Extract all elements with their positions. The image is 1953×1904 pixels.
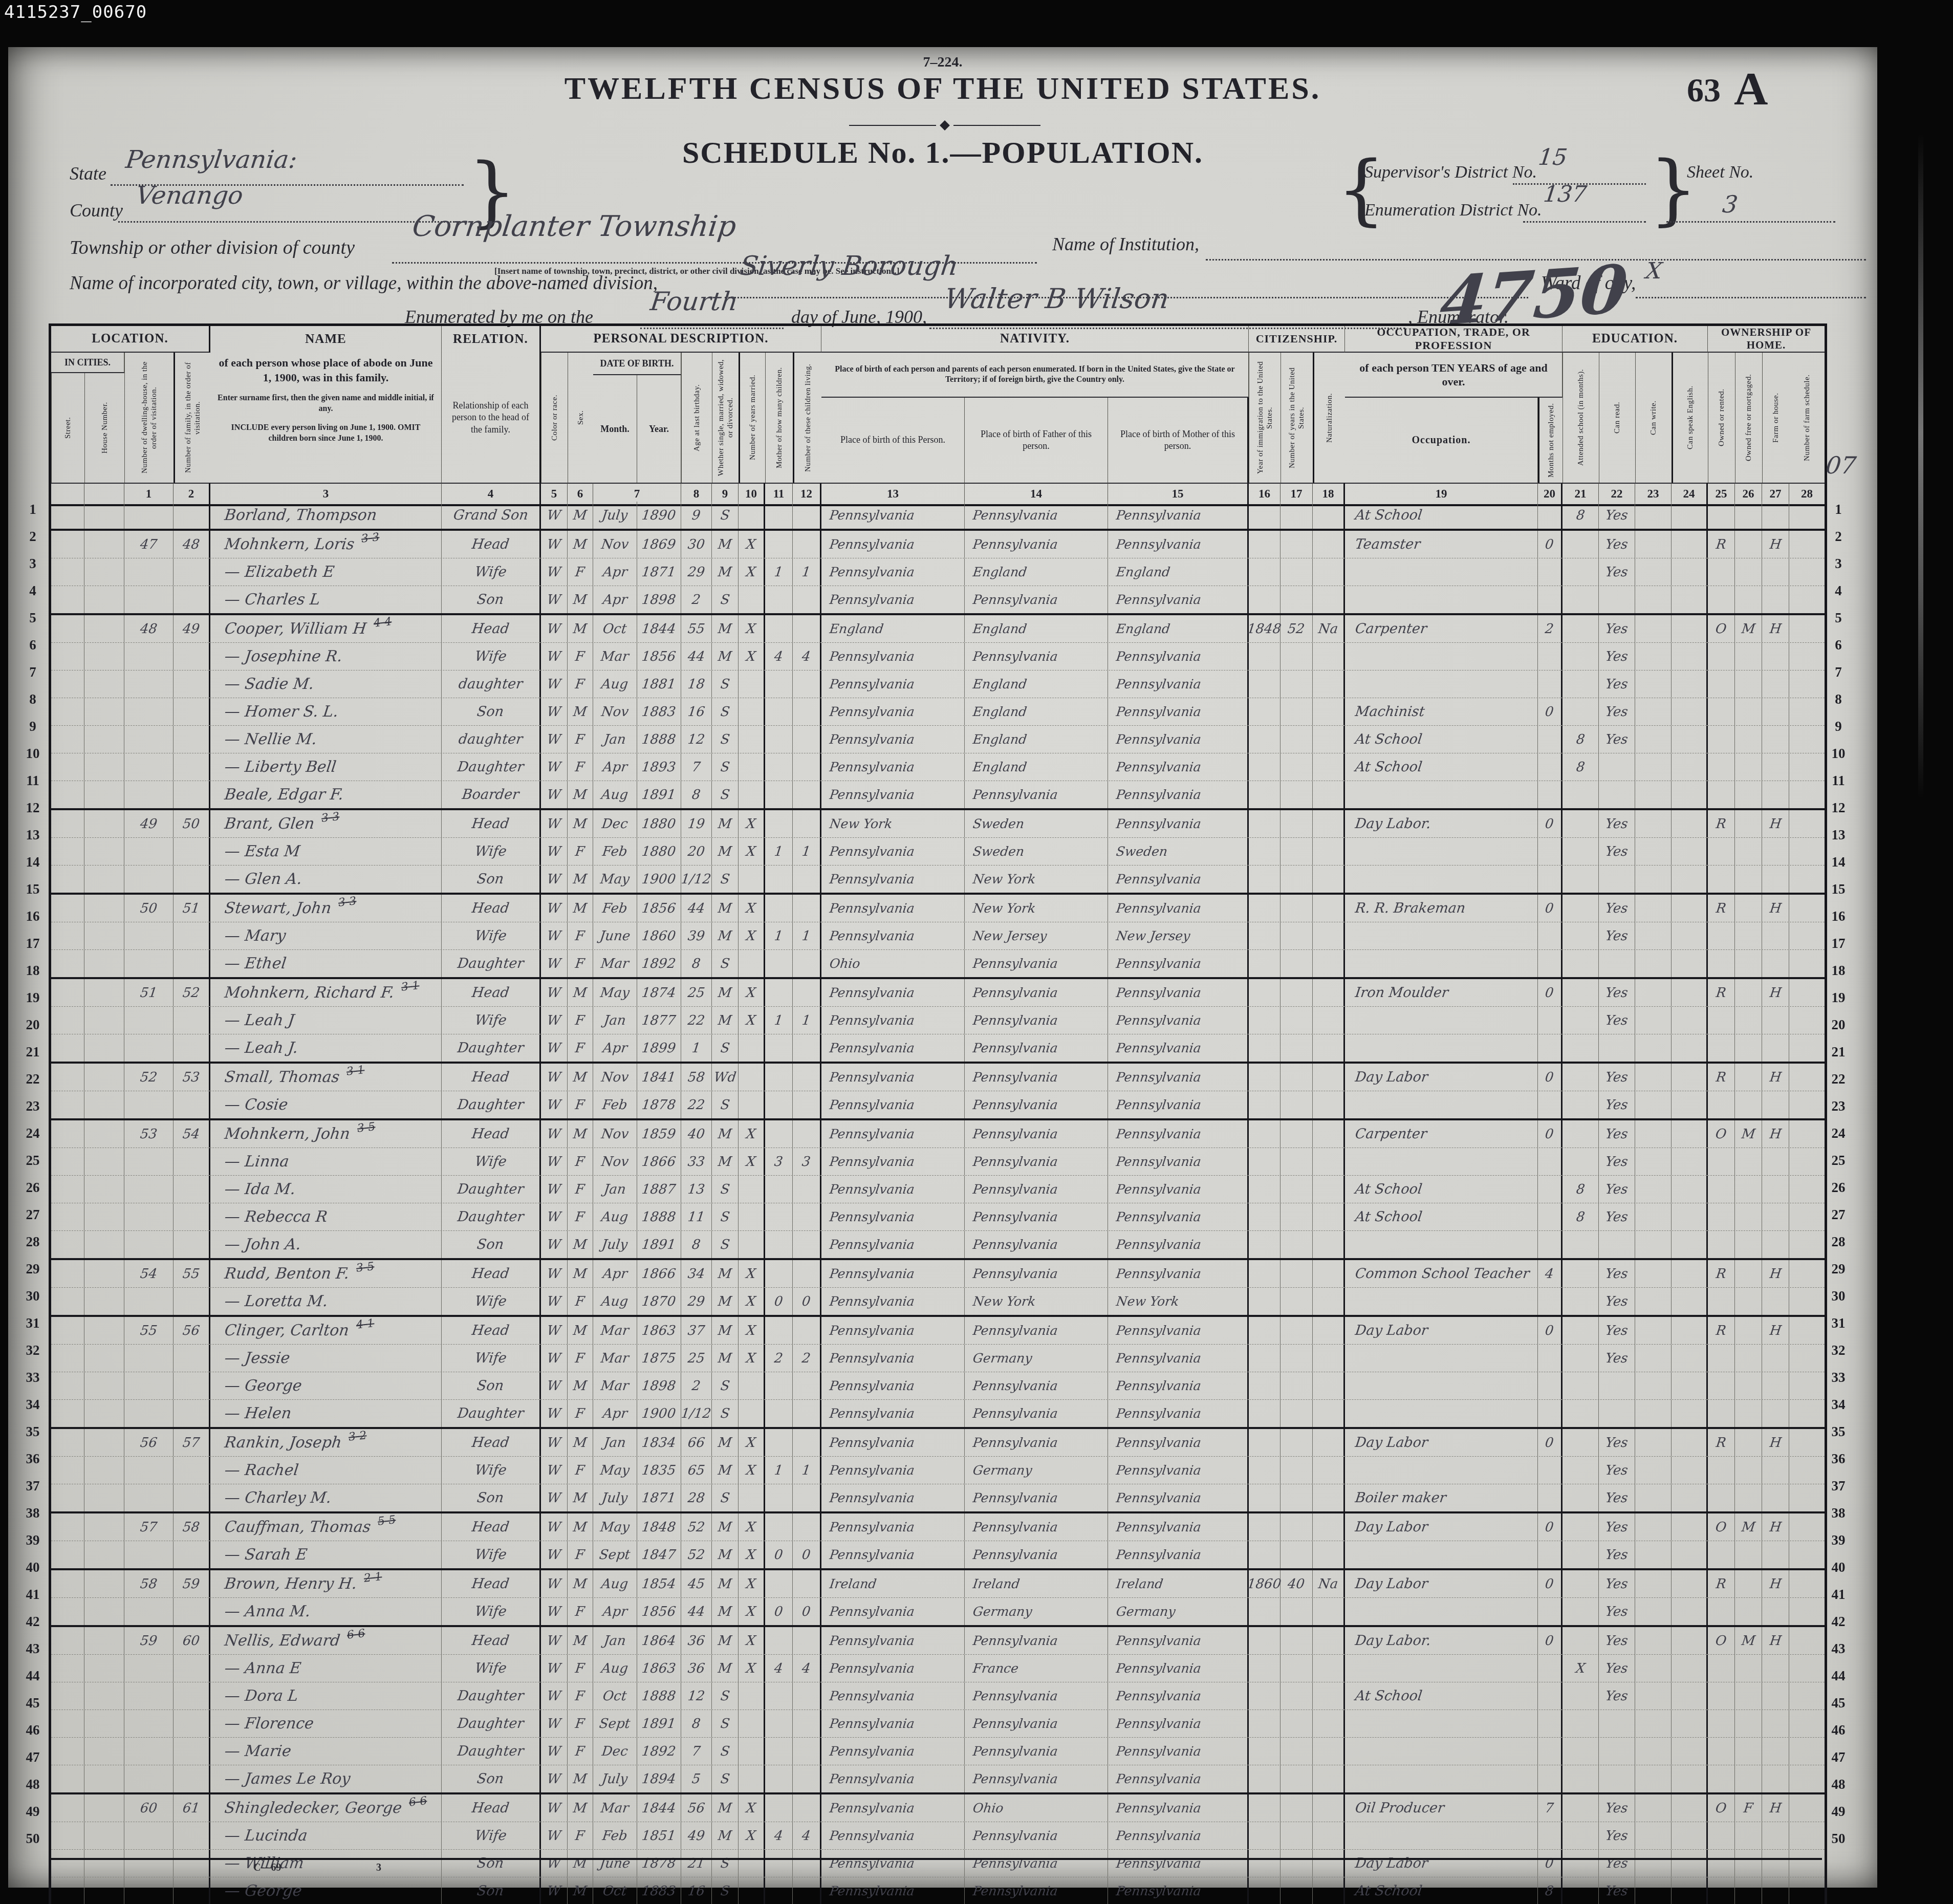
cell-can-write xyxy=(1635,1877,1672,1904)
cell-relation: Head xyxy=(442,1429,541,1456)
cell-birth-year: 1890 xyxy=(637,502,681,529)
cell-occupation: Day Labor xyxy=(1345,1317,1538,1344)
cell-sex: F xyxy=(568,1034,593,1062)
col21-label: Attended school (in months). xyxy=(1563,353,1599,483)
person-name: — Anna E xyxy=(224,1659,302,1677)
cell-free-mortgaged xyxy=(1735,1570,1762,1597)
cell-sex: M xyxy=(568,781,593,808)
cell-years-married: X xyxy=(739,838,765,865)
cell-years-in-us xyxy=(1281,1231,1313,1258)
cell-age: 55 xyxy=(681,615,712,642)
cell-years-in-us xyxy=(1281,1457,1313,1484)
cell-occupation xyxy=(1345,1457,1538,1484)
cell-age: 8 xyxy=(681,950,712,977)
cell-children-living xyxy=(793,1064,821,1091)
cell-pob-father: England xyxy=(965,558,1108,586)
cell-farm-schedule xyxy=(1789,1513,1825,1541)
cell-can-speak xyxy=(1672,753,1708,781)
cell-color: W xyxy=(541,979,568,1006)
cell-can-read: Yes xyxy=(1599,1176,1635,1203)
cell-free-mortgaged xyxy=(1735,670,1762,698)
cell-free-mortgaged xyxy=(1735,558,1762,586)
cell-sex: M xyxy=(568,866,593,893)
title-divider xyxy=(832,122,1057,129)
column-number: 14 xyxy=(965,483,1108,504)
cell-pob-mother: Pennsylvania xyxy=(1108,1372,1249,1399)
cell-free-mortgaged xyxy=(1735,810,1762,837)
cell-school-months xyxy=(1563,922,1599,949)
cell-school-months xyxy=(1563,1877,1599,1904)
cell-family: 54 xyxy=(173,1120,210,1148)
cell-birth-year: 1860 xyxy=(637,922,681,949)
cell-naturalization xyxy=(1313,586,1345,613)
cell-can-speak xyxy=(1672,979,1708,1006)
cell-birth-year: 1854 xyxy=(637,1570,681,1597)
cell-farm-house xyxy=(1762,726,1789,753)
cell-age: 29 xyxy=(681,558,712,586)
cell-name: — John A. xyxy=(210,1231,442,1258)
cell-pob-father: England xyxy=(965,726,1108,753)
township-label: Township or other division of county xyxy=(70,236,355,259)
cell-street xyxy=(51,531,84,558)
cell-age: 1 xyxy=(681,1034,712,1062)
cell-farm-schedule xyxy=(1789,586,1825,613)
person-name: — Liberty Bell xyxy=(224,758,337,776)
cell-years-married xyxy=(739,1710,765,1737)
cell-can-write xyxy=(1635,698,1672,725)
cell-immigration-year xyxy=(1249,1034,1281,1062)
cell-naturalization xyxy=(1313,1120,1345,1148)
cell-immigration-year xyxy=(1249,1627,1281,1654)
cell-birth-year: 1875 xyxy=(637,1345,681,1372)
cell-street xyxy=(51,1877,84,1904)
cell-mother-of xyxy=(765,1091,793,1118)
cell-can-speak xyxy=(1672,1513,1708,1541)
cell-occupation xyxy=(1345,1765,1538,1792)
cell-farm-house xyxy=(1762,922,1789,949)
cell-pob-mother: Pennsylvania xyxy=(1108,586,1249,613)
cell-birth-month: July xyxy=(593,502,637,529)
cell-farm-house xyxy=(1762,1655,1789,1682)
row-number: 31 xyxy=(20,1315,45,1343)
cell-name: — Charley M. xyxy=(210,1484,442,1511)
cell-children-living xyxy=(793,670,821,698)
person-name: — George xyxy=(224,1882,303,1900)
cell-children-living xyxy=(793,1176,821,1203)
cell-free-mortgaged: M xyxy=(1735,1627,1762,1654)
cell-children-living: 1 xyxy=(793,1457,821,1484)
cell-months-unemployed: 0 xyxy=(1538,810,1563,837)
bottom-form-code-2: 3 xyxy=(376,1862,381,1874)
cell-pob: Pennsylvania xyxy=(821,1231,965,1258)
cell-children-living xyxy=(793,1627,821,1654)
cell-relation: Head xyxy=(442,531,541,558)
cell-marital: M xyxy=(712,1120,739,1148)
cell-sex: F xyxy=(568,643,593,670)
cell-street xyxy=(51,698,84,725)
row-number: 17 xyxy=(1826,936,1851,963)
person-name: Shingledecker, George xyxy=(224,1799,403,1817)
cell-street xyxy=(51,866,84,893)
row-number: 26 xyxy=(1826,1180,1851,1207)
cell-dwelling xyxy=(124,950,173,977)
cell-farm-house: H xyxy=(1762,1260,1789,1287)
cell-naturalization xyxy=(1313,531,1345,558)
name-annotation: 4-4 xyxy=(373,615,393,630)
table-row: — Anna M.WifeWFApr185644MX00Pennsylvania… xyxy=(51,1597,1825,1625)
cell-house xyxy=(84,1710,124,1737)
cell-farm-house: H xyxy=(1762,1120,1789,1148)
cell-name: — Leah J xyxy=(210,1007,442,1034)
cell-sex: M xyxy=(568,1513,593,1541)
cell-years-in-us xyxy=(1281,1400,1313,1427)
cell-birth-year: 1834 xyxy=(637,1429,681,1456)
cell-age: 52 xyxy=(681,1541,712,1568)
cell-sex: M xyxy=(568,1877,593,1904)
cell-birth-year: 1891 xyxy=(637,1710,681,1737)
cell-house xyxy=(84,1317,124,1344)
cell-marital: S xyxy=(712,1682,739,1710)
cell-can-read xyxy=(1599,586,1635,613)
cell-name: — Elizabeth E xyxy=(210,558,442,586)
col18-label: Naturalization. xyxy=(1313,353,1345,483)
cell-can-speak xyxy=(1672,1822,1708,1849)
person-name: — Loretta M. xyxy=(224,1292,329,1310)
cell-can-speak xyxy=(1672,1738,1708,1765)
cell-pob: Pennsylvania xyxy=(821,781,965,808)
cell-free-mortgaged xyxy=(1735,1064,1762,1091)
column-number: 21 xyxy=(1563,483,1599,504)
column-number: 20 xyxy=(1538,483,1563,504)
cell-can-speak xyxy=(1672,643,1708,670)
cell-naturalization xyxy=(1313,1007,1345,1034)
cell-immigration-year xyxy=(1249,950,1281,977)
cell-dwelling: 50 xyxy=(124,895,173,922)
cell-family xyxy=(173,1484,210,1511)
cell-birth-year: 1844 xyxy=(637,1794,681,1822)
table-row: — Ida M.DaughterWFJan188713SPennsylvania… xyxy=(51,1175,1825,1203)
name-annotation: 6-6 xyxy=(408,1794,428,1809)
cell-age: 9 xyxy=(681,502,712,529)
cell-pob-father: Pennsylvania xyxy=(965,1738,1108,1765)
city-value: Siverly Borough xyxy=(738,251,960,282)
cell-farm-schedule xyxy=(1789,698,1825,725)
row-number: 9 xyxy=(1826,719,1851,746)
cell-immigration-year xyxy=(1249,922,1281,949)
cell-birth-month: May xyxy=(593,1513,637,1541)
cell-color: W xyxy=(541,838,568,865)
row-number: 6 xyxy=(20,637,45,664)
cell-months-unemployed: 0 xyxy=(1538,895,1563,922)
cell-marital: S xyxy=(712,866,739,893)
cell-name: — Sadie M. xyxy=(210,670,442,698)
row-number: 27 xyxy=(1826,1207,1851,1234)
cell-pob-mother: Pennsylvania xyxy=(1108,726,1249,753)
cell-family xyxy=(173,1007,210,1034)
cell-occupation xyxy=(1345,950,1538,977)
cell-birth-year: 1856 xyxy=(637,895,681,922)
cell-family xyxy=(173,1345,210,1372)
row-number: 29 xyxy=(20,1261,45,1288)
cell-free-mortgaged xyxy=(1735,726,1762,753)
cell-naturalization xyxy=(1313,1877,1345,1904)
cell-family xyxy=(173,1203,210,1230)
cell-occupation: Day Labor xyxy=(1345,1429,1538,1456)
cell-color: W xyxy=(541,586,568,613)
cell-birth-year: 1892 xyxy=(637,1738,681,1765)
in-cities-label: IN CITIES. xyxy=(51,353,124,373)
cell-marital: M xyxy=(712,1794,739,1822)
cell-pob-father: Pennsylvania xyxy=(965,950,1108,977)
cell-farm-house xyxy=(1762,838,1789,865)
cell-pob-mother: Pennsylvania xyxy=(1108,502,1249,529)
row-number: 31 xyxy=(1826,1315,1851,1343)
cell-street xyxy=(51,979,84,1006)
cell-birth-year: 1856 xyxy=(637,1598,681,1625)
cell-can-write xyxy=(1635,502,1672,529)
cell-house xyxy=(84,1457,124,1484)
stamp-page-number: 63 xyxy=(1687,71,1721,110)
cell-marital: M xyxy=(712,895,739,922)
cell-pob-mother: Pennsylvania xyxy=(1108,1034,1249,1062)
relation-desc: Relationship of each person to the head … xyxy=(442,353,541,483)
cell-age: 52 xyxy=(681,1513,712,1541)
row-number: 19 xyxy=(1826,990,1851,1017)
cell-years-married xyxy=(739,670,765,698)
cell-immigration-year xyxy=(1249,1231,1281,1258)
row-number: 35 xyxy=(20,1424,45,1451)
cell-sex: F xyxy=(568,1655,593,1682)
cell-dwelling xyxy=(124,1176,173,1203)
row-number: 44 xyxy=(20,1668,45,1695)
cell-owned-rented: O xyxy=(1708,1627,1735,1654)
cell-street xyxy=(51,1627,84,1654)
cell-street xyxy=(51,1484,84,1511)
cell-can-speak xyxy=(1672,1034,1708,1062)
cell-children-living: 4 xyxy=(793,1822,821,1849)
col10-label: Number of years married. xyxy=(739,353,765,483)
cell-can-write xyxy=(1635,1484,1672,1511)
cell-can-write xyxy=(1635,726,1672,753)
cell-years-in-us xyxy=(1281,1372,1313,1399)
cell-dwelling xyxy=(124,781,173,808)
name-annotation: 3-1 xyxy=(346,1064,365,1078)
cell-pob-father: Pennsylvania xyxy=(965,1091,1108,1118)
cell-school-months xyxy=(1563,1710,1599,1737)
person-name: — Rebecca R xyxy=(224,1208,329,1226)
row-number: 24 xyxy=(20,1126,45,1153)
cell-years-married xyxy=(739,1064,765,1091)
cell-immigration-year xyxy=(1249,1822,1281,1849)
col27-label: Farm or house. xyxy=(1762,353,1789,483)
cell-naturalization xyxy=(1313,1288,1345,1315)
cell-free-mortgaged xyxy=(1735,922,1762,949)
cell-relation: Son xyxy=(442,1765,541,1792)
cell-can-speak xyxy=(1672,1091,1708,1118)
cell-family xyxy=(173,950,210,977)
person-name: — Leah J xyxy=(224,1011,295,1029)
cell-naturalization xyxy=(1313,1484,1345,1511)
person-name: — Nellie M. xyxy=(224,730,318,748)
cell-dwelling xyxy=(124,1765,173,1792)
cell-years-married xyxy=(739,502,765,529)
row-number: 8 xyxy=(1826,691,1851,719)
cell-years-married: X xyxy=(739,1541,765,1568)
cell-farm-schedule xyxy=(1789,1176,1825,1203)
row-number: 23 xyxy=(20,1098,45,1126)
row-number: 42 xyxy=(20,1614,45,1641)
cell-years-in-us xyxy=(1281,1345,1313,1372)
cell-can-write xyxy=(1635,1627,1672,1654)
cell-months-unemployed xyxy=(1538,1231,1563,1258)
row-number: 24 xyxy=(1826,1126,1851,1153)
cell-school-months xyxy=(1563,1120,1599,1148)
cell-occupation: At School xyxy=(1345,1203,1538,1230)
cell-family xyxy=(173,586,210,613)
cell-dwelling xyxy=(124,1007,173,1034)
cell-years-in-us xyxy=(1281,1091,1313,1118)
cell-can-write xyxy=(1635,1317,1672,1344)
cell-relation: Son xyxy=(442,866,541,893)
cell-age: 2 xyxy=(681,586,712,613)
cell-pob-mother: Pennsylvania xyxy=(1108,698,1249,725)
name-annotation: 4-1 xyxy=(356,1317,375,1332)
col23-label: Can write. xyxy=(1635,353,1672,483)
table-row: — MaryWifeWFJune186039MX11PennsylvaniaNe… xyxy=(51,922,1825,949)
cell-relation: daughter xyxy=(442,670,541,698)
cell-months-unemployed xyxy=(1538,950,1563,977)
cell-naturalization xyxy=(1313,1794,1345,1822)
cell-years-married xyxy=(739,1231,765,1258)
cell-owned-rented xyxy=(1708,781,1735,808)
cell-mother-of xyxy=(765,1203,793,1230)
cell-marital: S xyxy=(712,1484,739,1511)
cell-age: 12 xyxy=(681,726,712,753)
row-number: 32 xyxy=(20,1343,45,1370)
cell-name: — Sarah E xyxy=(210,1541,442,1568)
cell-pob-father: Pennsylvania xyxy=(965,1260,1108,1287)
cell-pob-mother: Pennsylvania xyxy=(1108,1541,1249,1568)
cell-children-living xyxy=(793,586,821,613)
cell-can-read: Yes xyxy=(1599,1429,1635,1456)
cell-years-married: X xyxy=(739,1120,765,1148)
cell-can-write xyxy=(1635,1655,1672,1682)
cell-mother-of: 1 xyxy=(765,1457,793,1484)
cell-can-read xyxy=(1599,1231,1635,1258)
cell-farm-house: H xyxy=(1762,810,1789,837)
cell-naturalization xyxy=(1313,1372,1345,1399)
row-number: 36 xyxy=(20,1451,45,1478)
cell-pob: Pennsylvania xyxy=(821,1877,965,1904)
cell-months-unemployed: 7 xyxy=(1538,1794,1563,1822)
cell-years-married xyxy=(739,1877,765,1904)
cell-house xyxy=(84,1794,124,1822)
cell-house xyxy=(84,698,124,725)
cell-pob-father: Pennsylvania xyxy=(965,1231,1108,1258)
cell-free-mortgaged xyxy=(1735,1738,1762,1765)
cell-school-months xyxy=(1563,586,1599,613)
cell-birth-year: 1866 xyxy=(637,1148,681,1175)
cell-months-unemployed: 0 xyxy=(1538,1627,1563,1654)
cell-dwelling xyxy=(124,1345,173,1372)
column-number: 18 xyxy=(1313,483,1345,504)
cell-sex: M xyxy=(568,979,593,1006)
cell-owned-rented xyxy=(1708,1710,1735,1737)
cell-dwelling: 48 xyxy=(124,615,173,642)
cell-marital: M xyxy=(712,838,739,865)
table-row: 5354Mohnkern, John3-5HeadWMNov185940MXPe… xyxy=(51,1118,1825,1148)
census-sheet: 7–224. TWELFTH CENSUS OF THE UNITED STAT… xyxy=(8,47,1877,1888)
cell-years-married: X xyxy=(739,922,765,949)
cell-dwelling: 60 xyxy=(124,1794,173,1822)
cell-school-months xyxy=(1563,1627,1599,1654)
person-name: Cooper, William H xyxy=(224,620,367,638)
cell-marital: M xyxy=(712,810,739,837)
cell-farm-schedule xyxy=(1789,1682,1825,1710)
cell-mother-of: 1 xyxy=(765,1007,793,1034)
cell-birth-month: Aug xyxy=(593,1570,637,1597)
cell-birth-month: Nov xyxy=(593,1120,637,1148)
cell-dwelling xyxy=(124,922,173,949)
cell-free-mortgaged xyxy=(1735,531,1762,558)
cell-pob: Pennsylvania xyxy=(821,1176,965,1203)
cell-children-living xyxy=(793,1091,821,1118)
cell-can-read: Yes xyxy=(1599,531,1635,558)
cell-immigration-year xyxy=(1249,643,1281,670)
cell-can-read xyxy=(1599,950,1635,977)
cell-immigration-year xyxy=(1249,1176,1281,1203)
cell-marital: M xyxy=(712,1148,739,1175)
row-number: 39 xyxy=(20,1532,45,1560)
row-number: 48 xyxy=(1826,1777,1851,1804)
cell-months-unemployed xyxy=(1538,586,1563,613)
person-name: — Sadie M. xyxy=(224,675,315,693)
row-number: 6 xyxy=(1826,637,1851,664)
cell-mother-of xyxy=(765,1794,793,1822)
row-number: 44 xyxy=(1826,1668,1851,1695)
stamp-page-letter: A xyxy=(1734,68,1768,110)
column-number: 7 xyxy=(593,483,681,504)
row-number: 28 xyxy=(20,1234,45,1261)
cell-pob: Pennsylvania xyxy=(821,1682,965,1710)
cell-pob: Ohio xyxy=(821,950,965,977)
column-number: 8 xyxy=(681,483,712,504)
cell-farm-house: H xyxy=(1762,895,1789,922)
cell-pob-mother: Pennsylvania xyxy=(1108,1203,1249,1230)
cell-pob: Pennsylvania xyxy=(821,922,965,949)
cell-immigration-year xyxy=(1249,895,1281,922)
cell-months-unemployed xyxy=(1538,1176,1563,1203)
cell-owned-rented xyxy=(1708,1345,1735,1372)
cell-naturalization xyxy=(1313,895,1345,922)
cell-house xyxy=(84,1372,124,1399)
cell-age: 8 xyxy=(681,1231,712,1258)
cell-sex: M xyxy=(568,1765,593,1792)
cell-farm-house: H xyxy=(1762,1429,1789,1456)
cell-dwelling xyxy=(124,1091,173,1118)
cell-owned-rented xyxy=(1708,670,1735,698)
cell-farm-schedule xyxy=(1789,1627,1825,1654)
cell-farm-house: H xyxy=(1762,1317,1789,1344)
cell-farm-schedule xyxy=(1789,1738,1825,1765)
cell-farm-schedule xyxy=(1789,1541,1825,1568)
cell-sex: M xyxy=(568,1794,593,1822)
cell-naturalization: Na xyxy=(1313,1570,1345,1597)
cell-color: W xyxy=(541,1655,568,1682)
cell-years-in-us: 52 xyxy=(1281,615,1313,642)
cell-dwelling: 56 xyxy=(124,1429,173,1456)
sheet-label: Sheet No. xyxy=(1687,163,1753,182)
